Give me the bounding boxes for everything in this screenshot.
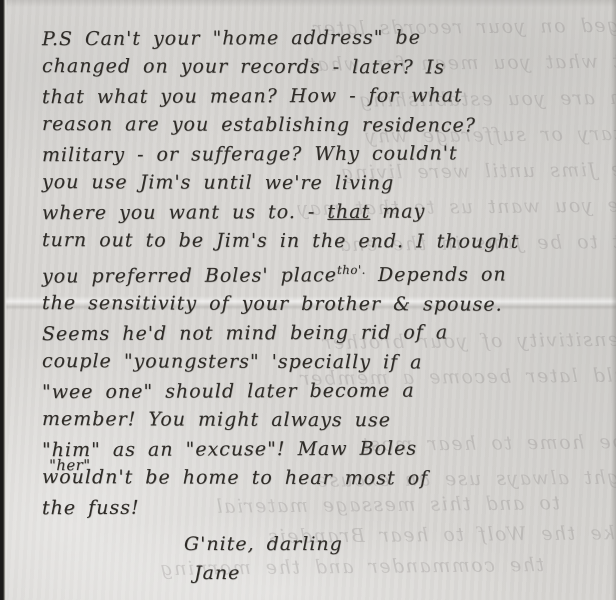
line-text: military - or sufferage? Why couldn't (42, 142, 458, 166)
letter-line: turn out to be Jim's in the end. I thoug… (42, 226, 582, 257)
letter-line: reason are you establishing residence? (42, 110, 582, 141)
letter-line: you preferred Boles' placetho'. Depends … (42, 255, 582, 292)
letter-line: "him""her" as an "excuse"! Maw Boles (42, 434, 582, 465)
letter-line: you use Jim's until we're living (42, 168, 582, 199)
line-text: couple "youngsters" 'specially if a (42, 350, 423, 373)
line-text: where you want us to. - (42, 201, 327, 224)
superscript-insertion: tho'. (337, 263, 366, 277)
scanned-letter-page: changed on your records later that what … (0, 0, 616, 600)
line-text: Seems he'd not mind being rid of a (42, 322, 448, 346)
letter-line: that what you mean? How - for what (42, 81, 582, 112)
line-text: the fuss! (42, 497, 140, 519)
letter-line: "wee one" should later become a (42, 376, 582, 407)
line-text: member! You might always use (42, 408, 391, 431)
line-text: you use Jim's until we're living (42, 171, 394, 194)
line-text: changed on your records - later? Is (42, 55, 445, 78)
letter-line: member! You might always use (42, 405, 582, 436)
letter-line: couple "youngsters" 'specially if a (42, 347, 582, 378)
letter-line: the fuss! (42, 492, 582, 523)
scan-edge-left (0, 0, 7, 600)
letter-line: where you want us to. - that may (42, 197, 582, 228)
line-text: reason are you establishing residence? (42, 113, 476, 137)
signature: Jane (194, 559, 582, 587)
word-with-alternative: "him""her" (42, 436, 101, 465)
letter-line: P.S Can't your "home address" be (42, 23, 582, 54)
letter-line: the sensitivity of your brother & spouse… (42, 289, 582, 320)
letter-closing: G'nite, darling (184, 530, 582, 558)
letter-line: wouldn't be home to hear most of (42, 463, 582, 494)
line-text: may (370, 201, 425, 223)
line-text: P.S Can't your "home address" be (42, 27, 421, 51)
letter-line: military - or sufferage? Why couldn't (42, 139, 582, 170)
underlined-word: that (327, 201, 370, 223)
line-text: the sensitivity of your brother & spouse… (42, 292, 503, 316)
line-text: as an "excuse"! Maw Boles (101, 438, 417, 461)
line-text: wouldn't be home to hear most of (42, 466, 428, 489)
line-text: turn out to be Jim's in the end. I thoug… (42, 229, 519, 253)
letter-line: changed on your records - later? Is (42, 52, 582, 83)
scan-edge-right (611, 0, 616, 600)
line-text: Depends on (366, 263, 507, 286)
line-text: "wee one" should later become a (42, 380, 415, 404)
line-text: you preferred Boles' place (42, 264, 337, 287)
letter-line: Seems he'd not mind being rid of a (42, 318, 582, 349)
line-text: that what you mean? How - for what (42, 84, 463, 108)
letter-body: P.S Can't your "home address" be changed… (42, 24, 582, 587)
